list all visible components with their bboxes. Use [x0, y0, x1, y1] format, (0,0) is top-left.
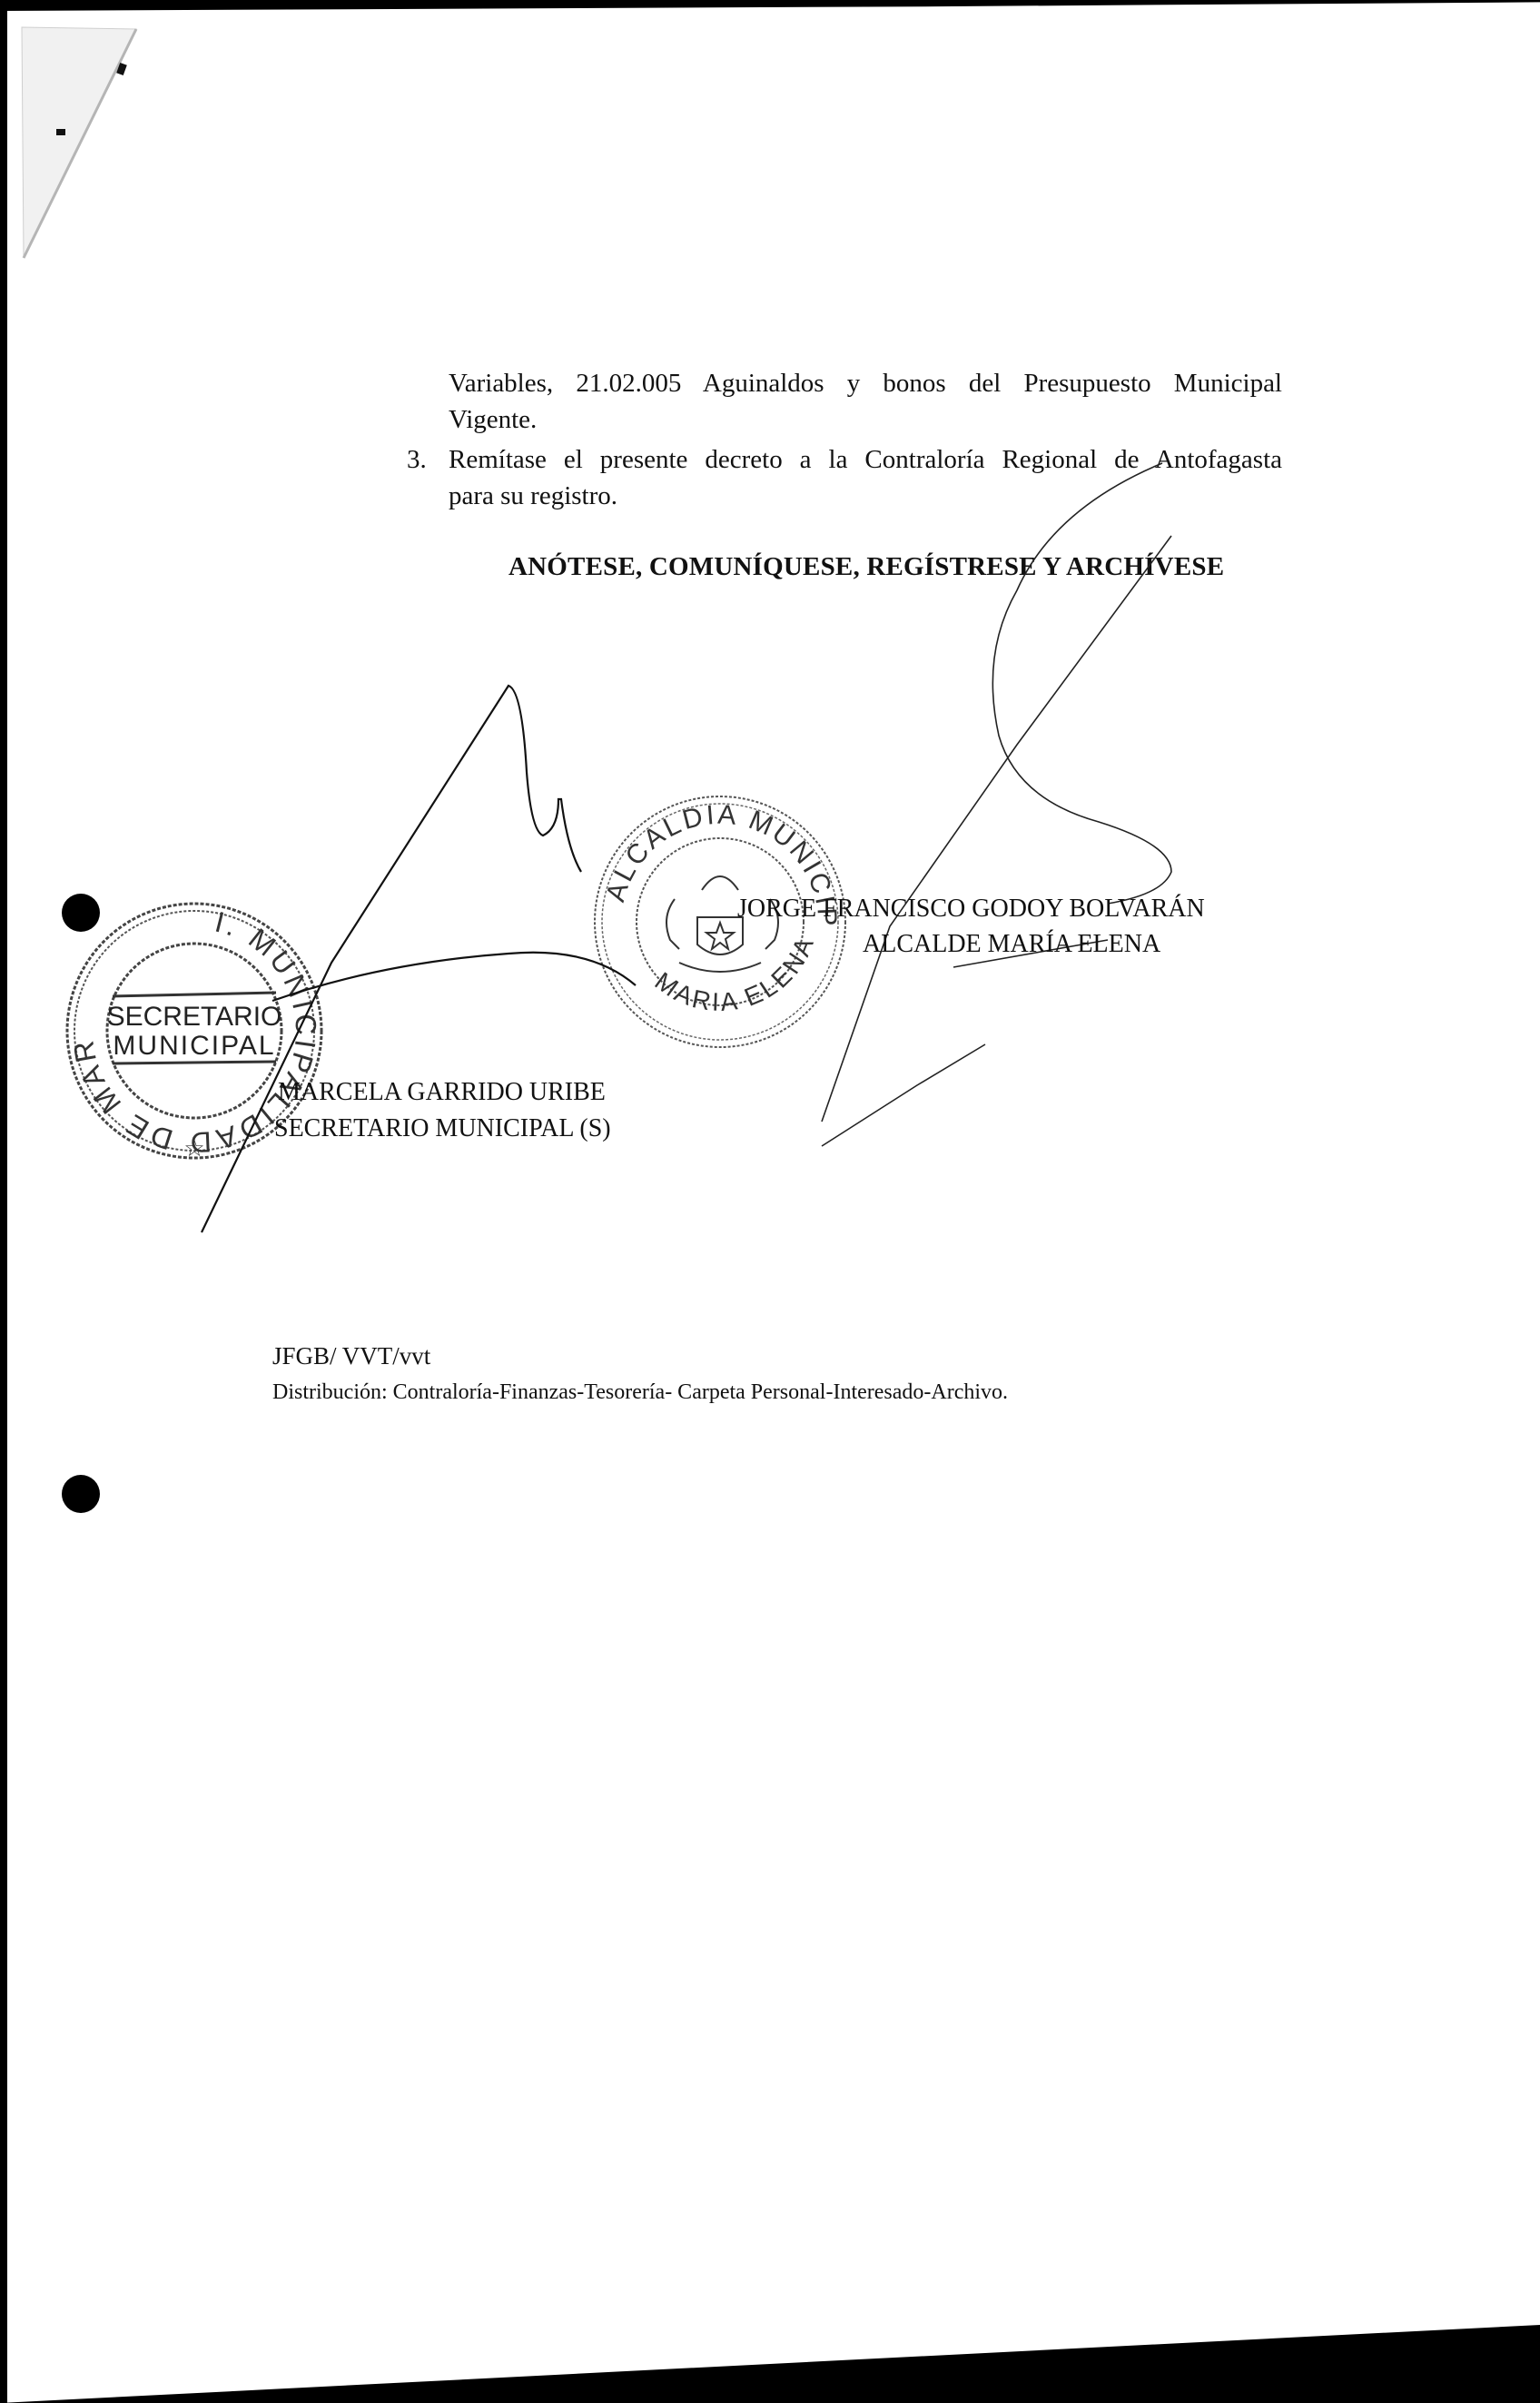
list-item-3-line1: Remítase el presente decreto a la Contra…: [449, 441, 1282, 478]
list-item-3-number: 3.: [407, 441, 427, 478]
stamp-text-secretario: SECRETARIO: [107, 1002, 282, 1032]
stamp-text-municipal: MUNICIPAL: [113, 1031, 275, 1061]
continuation-line: Variables, 21.02.005 Aguinaldos y bonos …: [449, 369, 1282, 398]
mayor-name: JORGE FRANCISCO GODOY BOLVARÁN: [737, 892, 1205, 926]
scan-border-top: [0, 0, 1540, 11]
corner-fold-mark: [18, 20, 145, 265]
paragraph-continuation-end: Vigente.: [449, 401, 537, 438]
star-icon: ☆: [183, 1135, 204, 1162]
secretary-title: SECRETARIO MUNICIPAL (S): [274, 1112, 611, 1146]
secretary-name: MARCELA GARRIDO URIBE: [278, 1075, 606, 1110]
list-item-3-line2: para su registro.: [449, 478, 617, 514]
signature-overlay: [0, 0, 1540, 2403]
distribution-list: Distribución: Contraloría-Finanzas-Tesor…: [272, 1380, 1008, 1405]
reference-initials: JFGB/ VVT/vvt: [272, 1342, 430, 1370]
scan-border-left: [0, 0, 7, 2403]
scan-border-bottom: [0, 2325, 1540, 2403]
punch-hole: [62, 1475, 100, 1513]
closing-formula: ANÓTESE, COMUNÍQUESE, REGÍSTRESE Y ARCHÍ…: [508, 552, 1224, 582]
mayor-title: ALCALDE MARÍA ELENA: [863, 927, 1160, 962]
paragraph-continuation: Variables, 21.02.005 Aguinaldos y bonos …: [449, 365, 1282, 401]
